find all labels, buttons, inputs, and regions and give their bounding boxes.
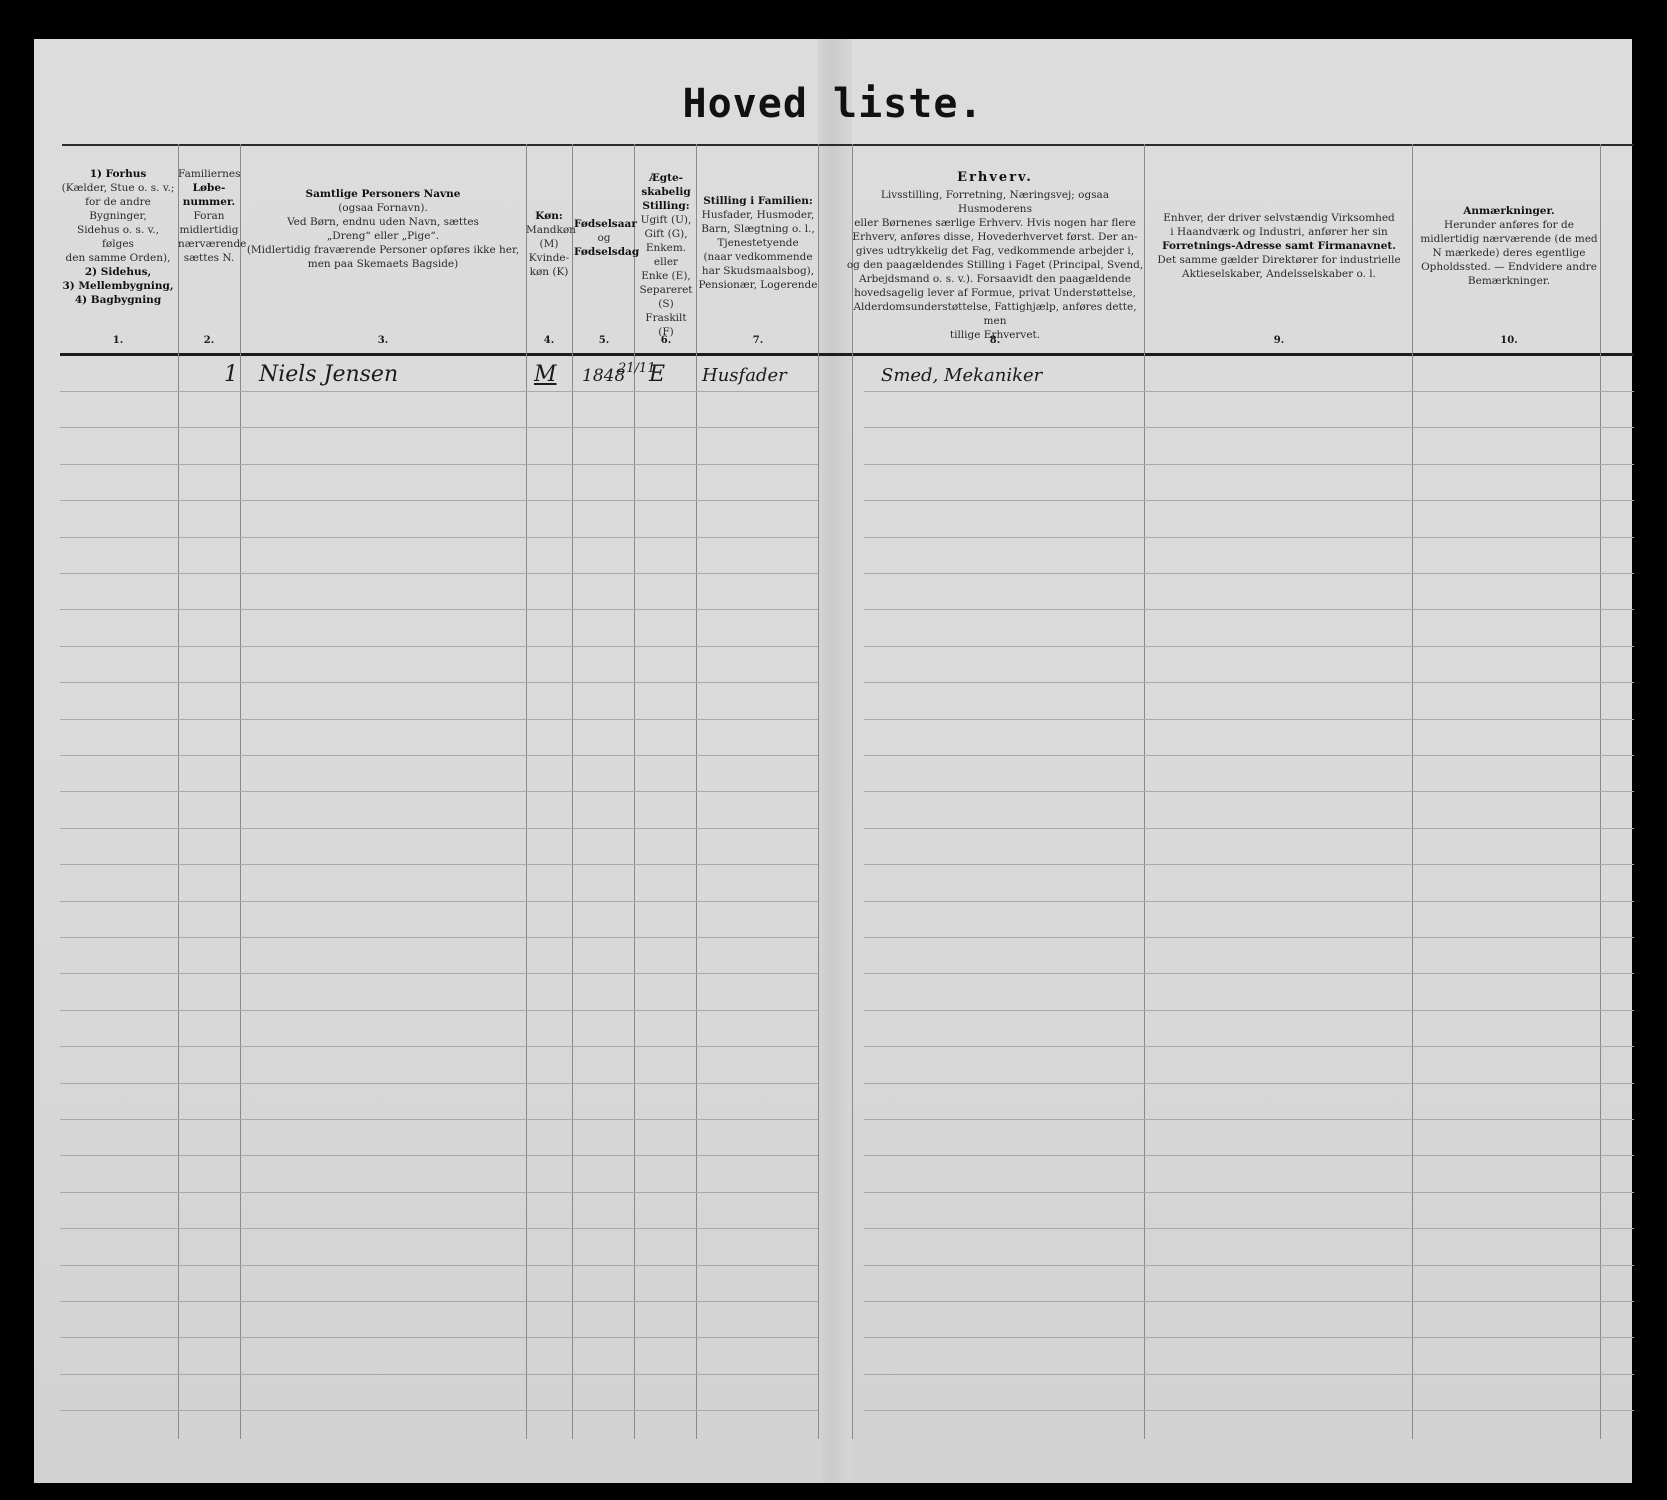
row-rule (60, 609, 818, 610)
entry-marital-status: E (649, 362, 665, 387)
row-rule (864, 1374, 1634, 1375)
row-rule (864, 1192, 1634, 1193)
header-text-line: Gift (G), (636, 227, 696, 241)
row-rule (864, 1155, 1634, 1156)
header-text-line: Ved Børn, endnu uden Navn, sættes (242, 215, 524, 229)
row-rule (60, 1301, 818, 1302)
row-rule (60, 1228, 818, 1229)
header-text-line: Løbe- (178, 181, 240, 195)
row-rule (864, 573, 1634, 574)
row-rule (864, 791, 1634, 792)
header-text-line: har Skudsmaalsbog), (698, 264, 818, 278)
header-text-line: 2) Sidehus, (60, 265, 176, 279)
row-rule (864, 1301, 1634, 1302)
row-rule (60, 1192, 818, 1193)
header-top-rule (62, 144, 1634, 146)
header-text-line: for de andre Bygninger, (60, 195, 176, 223)
row-rule (60, 500, 818, 501)
header-text-line: Husfader, Husmoder, (698, 208, 818, 222)
column-header-10: Anmærkninger.Herunder anføres for demidl… (1414, 204, 1604, 288)
row-rule (864, 937, 1634, 938)
row-rule (60, 1265, 818, 1266)
header-text-line: Sidehus o. s. v., følges (60, 223, 176, 251)
column-header-3: Samtlige Personers Navne(ogsaa Fornavn).… (242, 187, 524, 271)
entry-sex: M (534, 362, 557, 387)
row-rule (864, 1119, 1634, 1120)
header-text-line: Anmærkninger. (1414, 204, 1604, 218)
column-divider (818, 144, 819, 1439)
header-text-line: (Midlertidig fraværende Personer opføres… (242, 243, 524, 257)
row-rule (60, 427, 818, 428)
header-text-line: Opholdssted. — Endvidere andre (1414, 260, 1604, 274)
header-text-line: Fødselsdag (574, 245, 634, 259)
header-text-line: Familiernes (178, 167, 240, 181)
header-text-line: gives udtrykkelig det Fag, vedkommende a… (846, 244, 1144, 258)
header-text-line: og (574, 231, 634, 245)
row-rule (864, 537, 1634, 538)
row-rule (864, 1083, 1634, 1084)
row-rule (864, 864, 1634, 865)
header-text-line: Livsstilling, Forretning, Næringsvej; og… (846, 188, 1144, 216)
header-text-line: Forretnings-Adresse samt Firmanavnet. (1146, 239, 1412, 253)
row-rule (60, 1337, 818, 1338)
header-text-line: Enke (E), (636, 269, 696, 283)
row-rule (864, 719, 1634, 720)
header-text-line: (M) (526, 237, 572, 251)
column-header-9: Enhver, der driver selvstændig Virksomhe… (1146, 211, 1412, 281)
column-header-8: Erhverv.Livsstilling, Forretning, Næring… (846, 171, 1144, 342)
header-text-line: „Dreng“ eller „Pige“. (242, 229, 524, 243)
row-rule (60, 537, 818, 538)
header-text-line: og den paagældendes Stilling i Faget (Pr… (846, 258, 1144, 272)
row-rule (60, 646, 818, 647)
header-text-line: (Kælder, Stue o. s. v.; (60, 181, 176, 195)
row-rule (864, 1228, 1634, 1229)
header-text-line: Fødselsaar (574, 217, 634, 231)
header-text-line: 1) Forhus (60, 167, 176, 181)
column-header-4: Køn:Mandkøn(M)Kvinde-køn (K) (526, 209, 572, 279)
column-header-5: FødselsaarogFødselsdag (574, 217, 634, 259)
entry-family-number: 1 (224, 362, 238, 387)
row-rule (864, 1046, 1634, 1047)
row-rule (60, 1010, 818, 1011)
row-rule (60, 1119, 818, 1120)
row-rule (864, 464, 1634, 465)
header-text-line: (ogsaa Fornavn). (242, 201, 524, 215)
row-rule (864, 828, 1634, 829)
row-rule (864, 755, 1634, 756)
header-text-line: hovedsagelig lever af Formue, privat Und… (846, 286, 1144, 300)
header-text-line: Det samme gælder Direktører for industri… (1146, 253, 1412, 267)
header-text-line: Ægte- (636, 171, 696, 185)
row-rule (60, 1046, 818, 1047)
column-number-8: 8. (846, 335, 1144, 346)
header-text-line: Erhverv, anføres disse, Hovederhvervet f… (846, 230, 1144, 244)
header-text-line: Enhver, der driver selvstændig Virksomhe… (1146, 211, 1412, 225)
row-rule (864, 391, 1634, 392)
header-text-line: eller Børnenes særlige Erhverv. Hvis nog… (846, 216, 1144, 230)
header-text-line: skabelig (636, 185, 696, 199)
row-rule (60, 391, 818, 392)
row-rule (864, 1265, 1634, 1266)
header-text-line: N mærkede) deres egentlige (1414, 246, 1604, 260)
row-rule (864, 973, 1634, 974)
column-number-2: 2. (178, 335, 240, 346)
row-rule (60, 828, 818, 829)
column-number-6: 6. (636, 335, 696, 346)
column-number-3: 3. (242, 335, 524, 346)
header-text-line: midlertidig nærværende (de med (1414, 232, 1604, 246)
row-rule (60, 973, 818, 974)
row-rule (60, 1374, 818, 1375)
row-rule (864, 901, 1634, 902)
header-text-line: Mandkøn (526, 223, 572, 237)
column-number-10: 10. (1414, 335, 1604, 346)
row-rule (60, 573, 818, 574)
header-text-line: Enkem. eller (636, 241, 696, 269)
column-header-2: FamiliernesLøbe-nummer.Foranmidlertidign… (178, 167, 240, 265)
header-text-line: Tjenestetyende (698, 236, 818, 250)
row-rule (60, 719, 818, 720)
header-text-line: (S) (636, 297, 696, 311)
header-text-line: Ugift (U), (636, 213, 696, 227)
header-text-line: Aktieselskaber, Andelsselskaber o. l. (1146, 267, 1412, 281)
row-rule (864, 682, 1634, 683)
row-rule (864, 500, 1634, 501)
row-rule (60, 464, 818, 465)
row-rule (864, 646, 1634, 647)
row-rule (60, 682, 818, 683)
column-number-1: 1. (60, 335, 176, 346)
header-text-line: midlertidig (178, 223, 240, 237)
entry-family-position: Husfader (702, 365, 787, 386)
header-text-line: men paa Skemaets Bagside) (242, 257, 524, 271)
column-number-4: 4. (526, 335, 572, 346)
header-text-line: Stilling: (636, 199, 696, 213)
row-rule (60, 901, 818, 902)
header-text-line: Arbejdsmand o. s. v.). Forsaavidt den pa… (846, 272, 1144, 286)
row-rule (60, 755, 818, 756)
header-text-line: køn (K) (526, 265, 572, 279)
entry-occupation: Smed, Mekaniker (881, 365, 1042, 386)
row-rule (864, 1010, 1634, 1011)
header-text-line: nærværende (178, 237, 240, 251)
header-text-line: nummer. (178, 195, 240, 209)
header-text-line: Foran (178, 209, 240, 223)
column-number-7: 7. (698, 335, 818, 346)
header-text-line: Stilling i Familien: (698, 194, 818, 208)
column-header-7: Stilling i Familien:Husfader, Husmoder,B… (698, 194, 818, 292)
row-rule (60, 937, 818, 938)
column-number-9: 9. (1146, 335, 1412, 346)
row-rule (60, 791, 818, 792)
header-text-line: i Haandværk og Industri, anfører her sin (1146, 225, 1412, 239)
header-text-line: Bemærkninger. (1414, 274, 1604, 288)
column-header-6: Ægte-skabeligStilling:Ugift (U),Gift (G)… (636, 171, 696, 339)
row-rule (60, 1410, 818, 1411)
header-bottom-rule (60, 353, 1634, 356)
row-rule (864, 609, 1634, 610)
column-number-5: 5. (574, 335, 634, 346)
header-text-line: sættes N. (178, 251, 240, 265)
row-rule (60, 1155, 818, 1156)
row-rule (60, 1083, 818, 1084)
header-text-line: Herunder anføres for de (1414, 218, 1604, 232)
header-text-line: Erhverv. (846, 171, 1144, 185)
row-rule (864, 427, 1634, 428)
header-text-line: Køn: (526, 209, 572, 223)
header-text-line: 4) Bagbygning (60, 293, 176, 307)
row-rule (864, 1337, 1634, 1338)
header-text-line: Barn, Slægtning o. l., (698, 222, 818, 236)
header-text-line: Kvinde- (526, 251, 572, 265)
form-title: Hoved liste. (34, 81, 1632, 127)
header-text-line: 3) Mellembygning, (60, 279, 176, 293)
header-text-line: den samme Orden), (60, 251, 176, 265)
header-text-line: (naar vedkommende (698, 250, 818, 264)
row-rule (864, 1410, 1634, 1411)
row-rule (60, 864, 818, 865)
header-text-line: Alderdomsunderstøttelse, Fattighjælp, an… (846, 300, 1144, 328)
header-text-line: Samtlige Personers Navne (242, 187, 524, 201)
census-form-page: Hoved liste. 1) Forhus(Kælder, Stue o. s… (34, 39, 1632, 1483)
header-text-line: Separeret (636, 283, 696, 297)
header-text-line: Pensionær, Logerende (698, 278, 818, 292)
column-header-1: 1) Forhus(Kælder, Stue o. s. v.;for de a… (60, 167, 176, 307)
entry-name: Niels Jensen (259, 362, 398, 387)
